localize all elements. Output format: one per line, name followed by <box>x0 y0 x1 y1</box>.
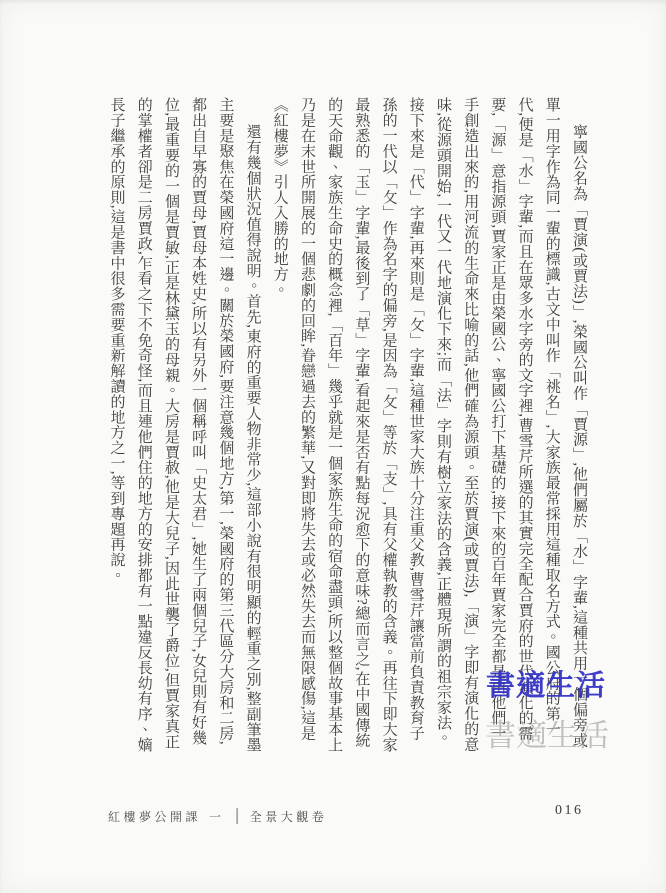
book-title: 紅樓夢公開課 <box>108 808 201 825</box>
volume-number: 一 <box>209 808 225 825</box>
page-number: 016 <box>555 803 584 819</box>
body-text: 寧國公名為「賈演(或賈法)」,榮國公叫作「賈源」,他們屬於「水」字輩,這種共用一… <box>102 97 592 755</box>
page-footer: 紅樓夢公開課 一 │ 全景大觀卷 <box>108 808 327 825</box>
footer-divider-icon: │ <box>233 808 242 824</box>
book-page: 寧國公名為「賈演(或賈法)」,榮國公叫作「賈源」,他們屬於「水」字輩,這種共用一… <box>0 0 666 893</box>
paragraph-rong-mansion: 還有幾個狀況值得說明。首先,東府的重要人物非常少,這部小說有很明顯的輕重之別,整… <box>102 97 265 755</box>
volume-title: 全景大觀卷 <box>250 808 328 825</box>
paragraph-naming-tradition: 寧國公名為「賈演(或賈法)」,榮國公叫作「賈源」,他們屬於「水」字輩,這種共用一… <box>266 97 592 755</box>
